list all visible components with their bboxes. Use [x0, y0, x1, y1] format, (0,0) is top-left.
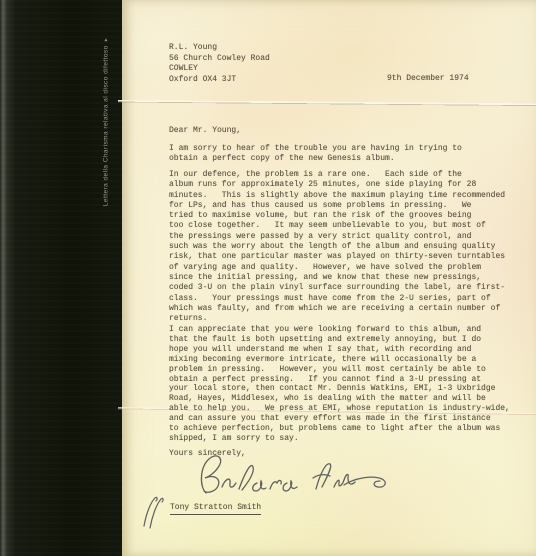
- up-arrow-icon: ▸: [104, 38, 110, 41]
- recipient-address: R.L. Young 56 Church Cowley Road COWLEY …: [169, 43, 270, 85]
- paragraph-2: In our defence, the problem is a rare on…: [169, 170, 505, 324]
- paper-fold-crease-top: [118, 100, 536, 107]
- spine-caption-text: Lettera della Charisma relativa al disco…: [103, 45, 110, 206]
- spine-caption: Lettera della Charisma relativa al disco…: [103, 38, 110, 206]
- letter-date: 9th December 1974: [387, 74, 469, 84]
- scanned-letter-photo: Lettera della Charisma relativa al disco…: [0, 0, 536, 556]
- paragraph-1: I am sorry to hear of the trouble you ar…: [169, 144, 462, 165]
- pp-initials-mark: [139, 495, 165, 529]
- salutation: Dear Mr. Young,: [169, 126, 241, 136]
- letter-paper: R.L. Young 56 Church Cowley Road COWLEY …: [122, 0, 536, 556]
- signatory-name: Tony Stratton Smith: [170, 503, 261, 515]
- book-spine: Lettera della Charisma relativa al disco…: [0, 0, 122, 556]
- handwritten-signature: [192, 450, 397, 504]
- paragraph-3: I can appreciate that you were looking f…: [169, 325, 510, 444]
